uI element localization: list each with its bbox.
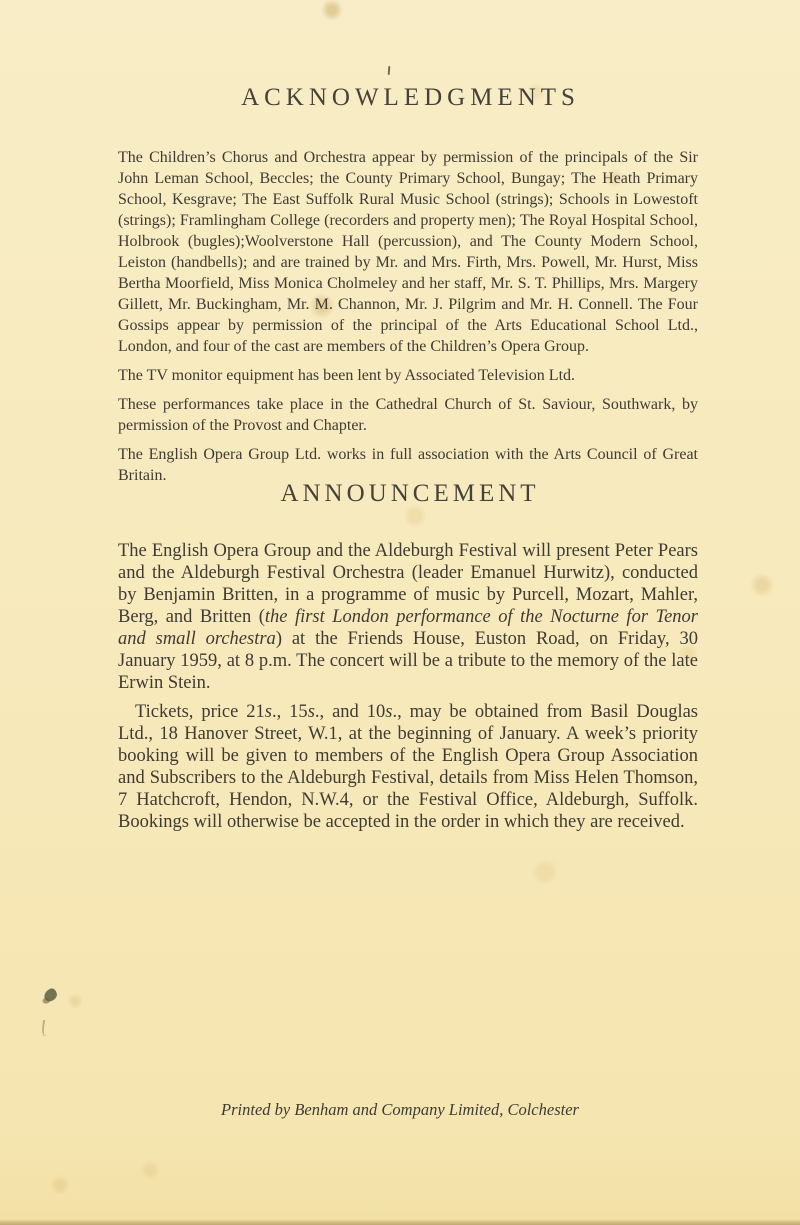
programme-page: ACKNOWLEDGMENTS The Children’s Chorus an… — [0, 0, 800, 1225]
acknowledgments-section: ACKNOWLEDGMENTS The Children’s Chorus an… — [118, 84, 698, 494]
announcement-paragraph-tickets: Tickets, price 21s., 15s., and 10s., may… — [118, 701, 698, 833]
acknowledgments-paragraph-schools: The Children’s Chorus and Orchestra appe… — [118, 147, 698, 357]
announcement-section: ANNOUNCEMENT The English Opera Group and… — [118, 480, 698, 840]
acknowledgments-heading: ACKNOWLEDGMENTS — [118, 84, 698, 112]
announcement-body: The English Opera Group and the Aldeburg… — [118, 540, 698, 833]
acknowledgments-body: The Children’s Chorus and Orchestra appe… — [118, 147, 698, 486]
announcement-paragraph-concert: The English Opera Group and the Aldeburg… — [118, 540, 698, 694]
acknowledgments-paragraph-tv-monitor: The TV monitor equipment has been lent b… — [118, 365, 698, 386]
acknowledgments-paragraph-cathedral: These performances take place in the Cat… — [118, 394, 698, 436]
page-bottom-edge — [0, 1219, 800, 1225]
stray-ink-tick — [388, 66, 391, 75]
announcement-heading: ANNOUNCEMENT — [118, 480, 698, 508]
ink-smudge — [42, 987, 58, 1002]
printer-imprint: Printed by Benham and Company Limited, C… — [0, 1100, 800, 1120]
pencil-mark — [41, 1020, 48, 1037]
